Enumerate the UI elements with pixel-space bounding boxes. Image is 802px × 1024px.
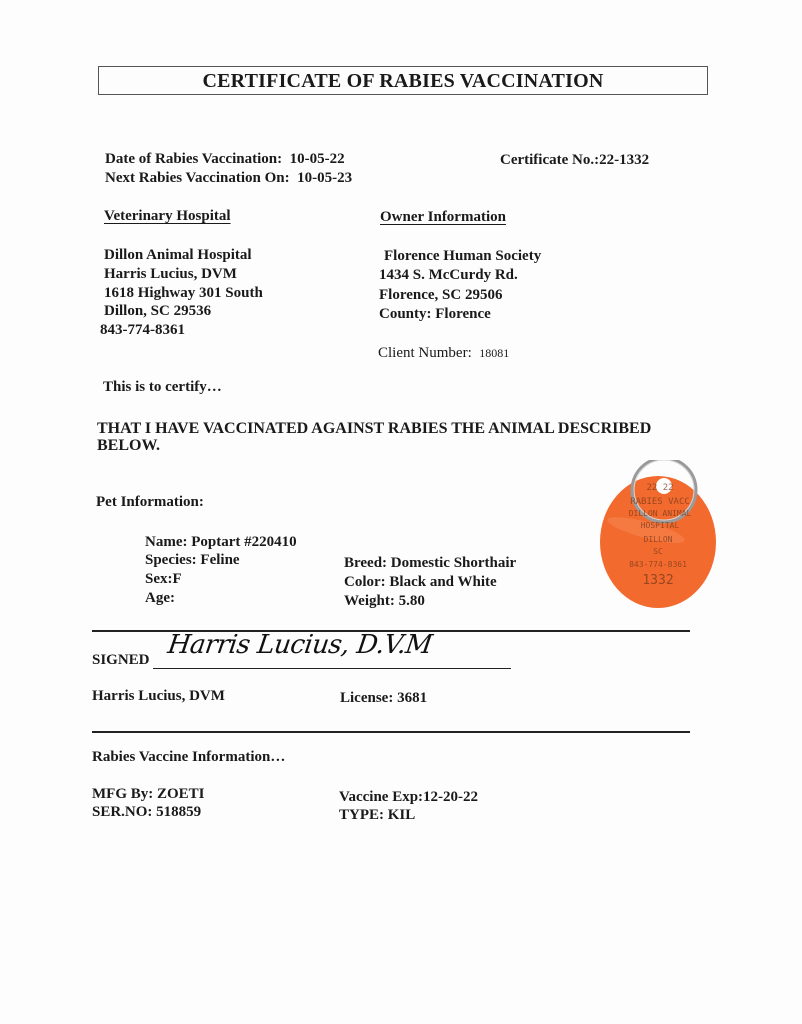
vet-hospital-name: Dillon Animal Hospital [104, 246, 252, 265]
tag-year: 22 22 [646, 483, 673, 493]
owner-name: Florence Human Society [384, 247, 541, 266]
certify-statement-line1: THAT I HAVE VACCINATED AGAINST RABIES TH… [97, 419, 651, 438]
signature-line [153, 668, 511, 669]
signed-label: SIGNED [92, 651, 150, 670]
client-number-value: 18081 [479, 346, 509, 360]
pet-sex: Sex:F [145, 570, 182, 589]
owner-city: Florence, SC 29506 [379, 286, 502, 305]
pet-info-heading: Pet Information: [96, 493, 204, 512]
certificate-title: CERTIFICATE OF RABIES VACCINATION [98, 66, 708, 95]
certificate-number-label: Certificate No.: [500, 152, 599, 168]
vaccination-date-value: 10-05-22 [290, 151, 345, 167]
vet-hospital-heading: Veterinary Hospital [104, 207, 231, 226]
vaccine-type: TYPE: KIL [339, 806, 415, 825]
vet-address: 1618 Highway 301 South [104, 284, 263, 303]
client-number: Client Number: 18081 [378, 344, 509, 363]
vaccine-expiration: Vaccine Exp:12-20-22 [339, 788, 478, 807]
tag-text-state: SC [653, 547, 663, 556]
owner-heading: Owner Information [380, 208, 506, 227]
signer-license: License: 3681 [340, 689, 427, 708]
pet-name: Name: Poptart #220410 [145, 533, 297, 552]
certificate-number-value: 22-1332 [599, 152, 649, 168]
vet-city: Dillon, SC 29536 [104, 302, 211, 321]
next-vaccination-date: Next Rabies Vaccination On: 10-05-23 [105, 169, 352, 188]
pet-breed: Breed: Domestic Shorthair [344, 554, 516, 573]
pet-age: Age: [145, 589, 175, 608]
vet-phone: 843-774-8361 [100, 321, 185, 340]
tag-text-phone: 843-774-8361 [629, 560, 687, 569]
owner-county: County: Florence [379, 305, 491, 324]
signature-handwriting: Harris Lucius, D.V.M [166, 630, 434, 660]
tag-number: 1332 [642, 573, 673, 588]
tag-text-city: DILLON [644, 535, 673, 544]
vaccination-date: Date of Rabies Vaccination: 10-05-22 [105, 150, 345, 169]
certify-statement-line2: BELOW. [97, 436, 160, 455]
pet-weight: Weight: 5.80 [344, 592, 425, 611]
pet-color: Color: Black and White [344, 573, 497, 592]
tag-text-clinic: DILLON ANIMAL [629, 509, 692, 518]
rabies-tag-image: 22 22 RABIES VACC DILLON ANIMAL HOSPITAL… [598, 460, 720, 610]
next-vaccination-value: 10-05-23 [297, 170, 352, 186]
client-number-label: Client Number: [378, 345, 472, 361]
divider-bottom [92, 731, 690, 733]
vaccination-date-label: Date of Rabies Vaccination: [105, 151, 282, 167]
vaccine-serial: SER.NO: 518859 [92, 803, 201, 822]
certificate-number: Certificate No.:22-1332 [500, 151, 649, 170]
certify-intro: This is to certify… [103, 378, 222, 397]
vaccine-info-heading: Rabies Vaccine Information… [92, 748, 285, 767]
owner-address: 1434 S. McCurdy Rd. [379, 266, 518, 285]
next-vaccination-label: Next Rabies Vaccination On: [105, 170, 290, 186]
vet-name: Harris Lucius, DVM [104, 265, 237, 284]
tag-text-hospital: HOSPITAL [641, 521, 680, 530]
signer-printed-name: Harris Lucius, DVM [92, 687, 225, 706]
pet-species: Species: Feline [145, 551, 240, 570]
vaccine-manufacturer: MFG By: ZOETI [92, 785, 205, 804]
tag-text-rabies: RABIES VACC [630, 497, 690, 507]
